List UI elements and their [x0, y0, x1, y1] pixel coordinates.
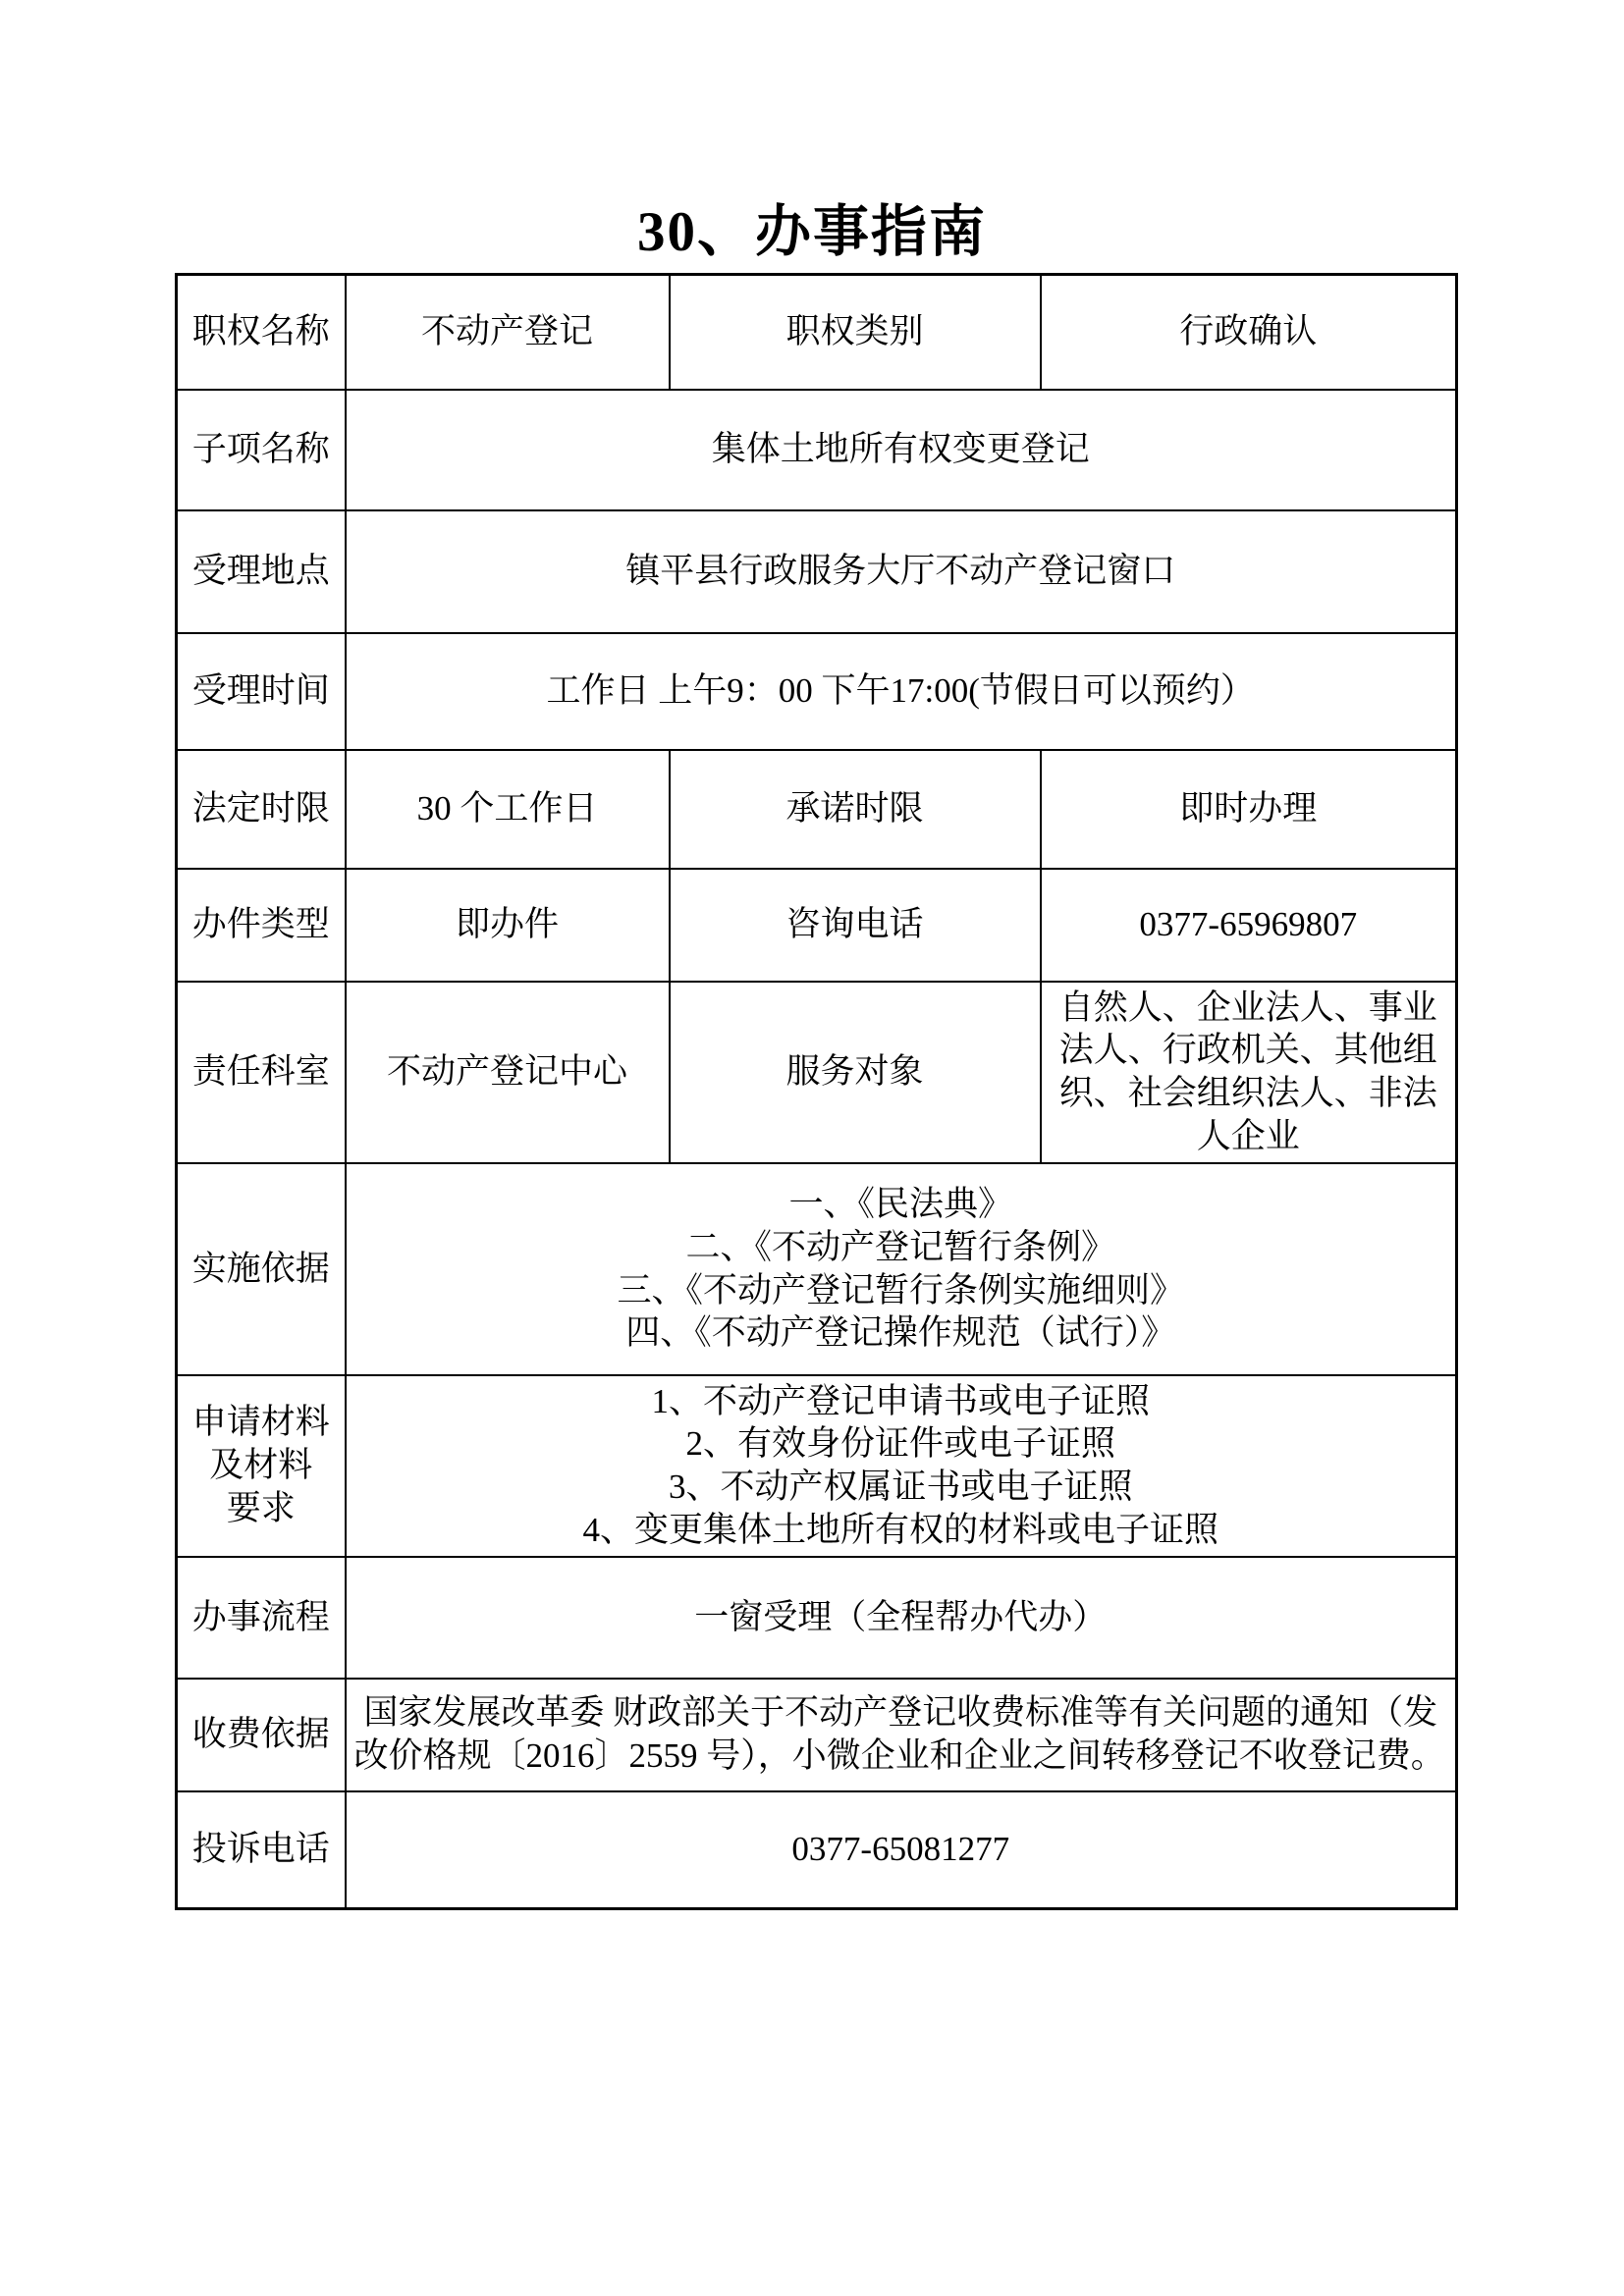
implementation-basis-label: 实施依据 — [177, 1163, 346, 1375]
acceptance-time-label: 受理时间 — [177, 633, 346, 750]
acceptance-time-value: 工作日 上午9：00 下午17:00(节假日可以预约） — [346, 633, 1457, 750]
responsible-department-label: 责任科室 — [177, 982, 346, 1163]
promised-time-limit-value: 即时办理 — [1041, 750, 1457, 869]
table-row-item-type: 办件类型 即办件 咨询电话 0377-65969807 — [177, 869, 1457, 982]
page-title: 30、办事指南 — [0, 187, 1624, 267]
application-materials-label: 申请材料 及材料 要求 — [177, 1375, 346, 1557]
consultation-phone-label: 咨询电话 — [670, 869, 1041, 982]
table-row-process: 办事流程 一窗受理（全程帮办代办） — [177, 1557, 1457, 1679]
table-row-power-name: 职权名称 不动产登记 职权类别 行政确认 — [177, 275, 1457, 390]
table-row-complaint-phone: 投诉电话 0377-65081277 — [177, 1791, 1457, 1909]
power-name-value: 不动产登记 — [346, 275, 670, 390]
acceptance-location-label: 受理地点 — [177, 510, 346, 633]
table-row-time-limits: 法定时限 30 个工作日 承诺时限 即时办理 — [177, 750, 1457, 869]
list-item: 4、变更集体土地所有权的材料或电子证照 — [354, 1509, 1448, 1552]
complaint-phone-label: 投诉电话 — [177, 1791, 346, 1909]
list-item: 3、不动产权属证书或电子证照 — [354, 1466, 1448, 1509]
table-row-responsible-department: 责任科室 不动产登记中心 服务对象 自然人、企业法人、事业 法人、行政机关、其他… — [177, 982, 1457, 1163]
application-materials-list: 1、不动产登记申请书或电子证照 2、有效身份证件或电子证照 3、不动产权属证书或… — [346, 1375, 1457, 1557]
power-name-label: 职权名称 — [177, 275, 346, 390]
list-item: 2、有效身份证件或电子证照 — [354, 1422, 1448, 1466]
process-label: 办事流程 — [177, 1557, 346, 1679]
complaint-phone-value: 0377-65081277 — [346, 1791, 1457, 1909]
acceptance-location-value: 镇平县行政服务大厅不动产登记窗口 — [346, 510, 1457, 633]
subitem-name-value: 集体土地所有权变更登记 — [346, 390, 1457, 510]
table-row-fee-basis: 收费依据 国家发展改革委 财政部关于不动产登记收费标准等有关问题的通知（发改价格… — [177, 1679, 1457, 1791]
service-guide-table: 职权名称 不动产登记 职权类别 行政确认 子项名称 集体土地所有权变更登记 受理… — [175, 273, 1458, 1910]
fee-basis-value: 国家发展改革委 财政部关于不动产登记收费标准等有关问题的通知（发改价格规〔201… — [346, 1679, 1457, 1791]
list-item: 一、《民法典》 — [354, 1183, 1448, 1226]
fee-basis-label: 收费依据 — [177, 1679, 346, 1791]
consultation-phone-value: 0377-65969807 — [1041, 869, 1457, 982]
list-item: 三、《不动产登记暂行条例实施细则》 — [354, 1269, 1448, 1312]
implementation-basis-list: 一、《民法典》 二、《不动产登记暂行条例》 三、《不动产登记暂行条例实施细则》 … — [346, 1163, 1457, 1375]
subitem-name-label: 子项名称 — [177, 390, 346, 510]
responsible-department-value: 不动产登记中心 — [346, 982, 670, 1163]
item-type-label: 办件类型 — [177, 869, 346, 982]
item-type-value: 即办件 — [346, 869, 670, 982]
power-category-label: 职权类别 — [670, 275, 1041, 390]
table-row-implementation-basis: 实施依据 一、《民法典》 二、《不动产登记暂行条例》 三、《不动产登记暂行条例实… — [177, 1163, 1457, 1375]
table-row-subitem-name: 子项名称 集体土地所有权变更登记 — [177, 390, 1457, 510]
process-value: 一窗受理（全程帮办代办） — [346, 1557, 1457, 1679]
statutory-time-limit-value: 30 个工作日 — [346, 750, 670, 869]
promised-time-limit-label: 承诺时限 — [670, 750, 1041, 869]
power-category-value: 行政确认 — [1041, 275, 1457, 390]
document-page: 30、办事指南 职权名称 不动产登记 职权类别 行政确认 子项名称 集体土地所有… — [0, 0, 1624, 2296]
list-item: 1、不动产登记申请书或电子证照 — [354, 1380, 1448, 1423]
service-target-value: 自然人、企业法人、事业 法人、行政机关、其他组 织、社会组织法人、非法 人企业 — [1041, 982, 1457, 1163]
service-target-label: 服务对象 — [670, 982, 1041, 1163]
list-item: 二、《不动产登记暂行条例》 — [354, 1226, 1448, 1269]
table-row-acceptance-time: 受理时间 工作日 上午9：00 下午17:00(节假日可以预约） — [177, 633, 1457, 750]
statutory-time-limit-label: 法定时限 — [177, 750, 346, 869]
list-item: 四、《不动产登记操作规范（试行）》 — [354, 1311, 1448, 1355]
table-row-application-materials: 申请材料 及材料 要求 1、不动产登记申请书或电子证照 2、有效身份证件或电子证… — [177, 1375, 1457, 1557]
table-row-acceptance-location: 受理地点 镇平县行政服务大厅不动产登记窗口 — [177, 510, 1457, 633]
